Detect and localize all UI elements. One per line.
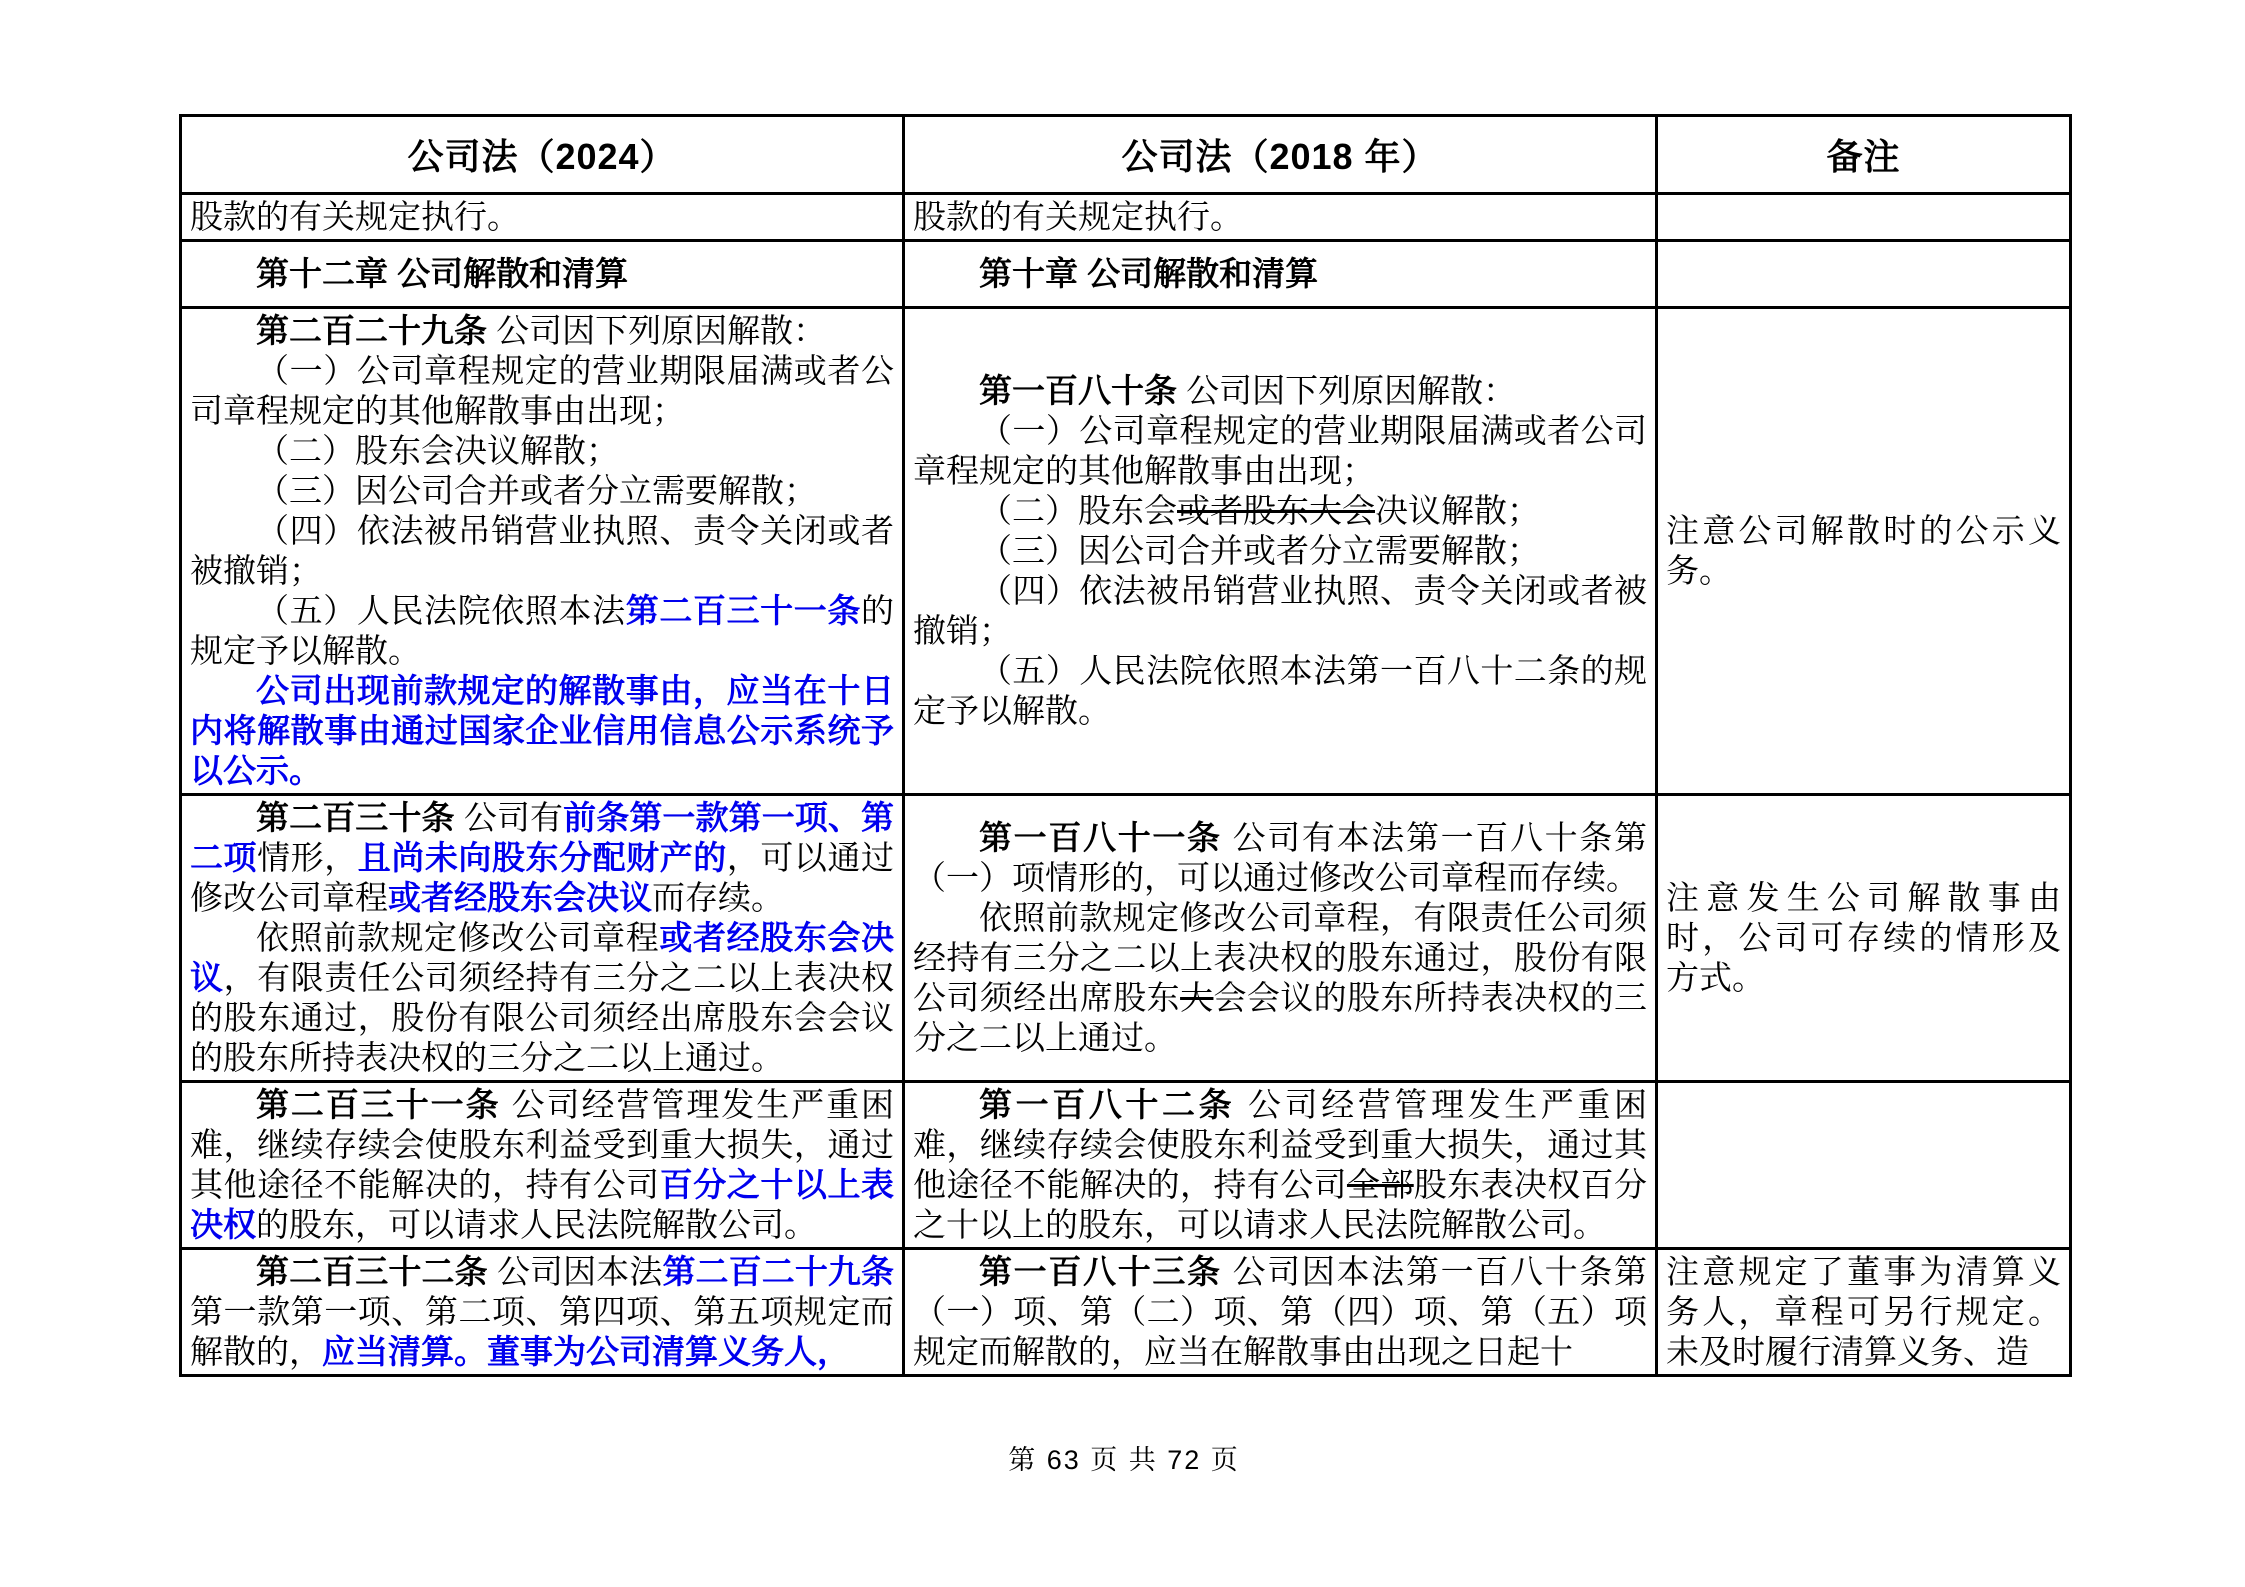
- paragraph: （四）依法被吊销营业执照、责令关闭或者被撤销；: [190, 511, 894, 591]
- article-number: 第一百八十二条: [979, 1086, 1235, 1123]
- article-number: 第一百八十一条: [979, 819, 1222, 856]
- cell-remark: 注意公司解散时的公示义务。: [1657, 308, 2071, 795]
- text-segment: 情形，: [257, 839, 358, 876]
- text-segment: （三）因公司合并或者分立需要解散；: [979, 532, 1540, 569]
- cell-remark: [1657, 194, 2071, 241]
- added-text: 第二百三十一条: [626, 592, 861, 629]
- document-page: 公司法（2024） 公司法（2018 年） 备注 股款的有关规定执行。股款的有关…: [0, 0, 2245, 1587]
- deleted-text: 全部: [1347, 1166, 1414, 1203]
- text-segment: （一）公司章程规定的营业期限届满或者公司章程规定的其他解散事由出现；: [913, 412, 1647, 489]
- comparison-table-body: 股款的有关规定执行。股款的有关规定执行。第十二章 公司解散和清算第十章 公司解散…: [181, 194, 2071, 1376]
- added-text: 第二百二十九条: [662, 1253, 894, 1290]
- paragraph: 第二百二十九条 公司因下列原因解散：: [190, 311, 894, 351]
- paragraph: 依照前款规定修改公司章程，有限责任公司须经持有三分之二以上表决权的股东通过，股份…: [913, 898, 1647, 1058]
- cell-law-2018: 第十章 公司解散和清算: [904, 241, 1657, 308]
- header-law-2024: 公司法（2024）: [181, 116, 904, 194]
- added-text: 且尚未向股东分配财产的: [358, 839, 727, 876]
- text-segment: 依照前款规定修改公司章程: [256, 919, 659, 956]
- text-segment: （一）公司章程规定的营业期限届满或者公司章程规定的其他解散事由出现；: [190, 352, 894, 429]
- paragraph: （一）公司章程规定的营业期限届满或者公司章程规定的其他解散事由出现；: [190, 351, 894, 431]
- chapter-title: 第十章 公司解散和清算: [979, 255, 1318, 292]
- table-row: 第二百三十条 公司有前条第一款第一项、第二项情形，且尚未向股东分配财产的，可以通…: [181, 795, 2071, 1082]
- cell-law-2018: 股款的有关规定执行。: [904, 194, 1657, 241]
- paragraph: 第一百八十条 公司因下列原因解散：: [913, 371, 1647, 411]
- article-number: 第二百三十条: [256, 799, 455, 836]
- paragraph: 第一百八十三条 公司因本法第一百八十条第（一）项、第（二）项、第（四）项、第（五…: [913, 1252, 1647, 1372]
- cell-law-2018: 第一百八十一条 公司有本法第一百八十条第（一）项情形的，可以通过修改公司章程而存…: [904, 795, 1657, 1082]
- text-segment: ，有限责任公司须经持有三分之二以上表决权的股东通过，股份有限公司须经出席股东会会…: [190, 959, 894, 1076]
- chapter-title: 第十二章 公司解散和清算: [256, 255, 628, 292]
- deleted-text: 或者股东大会: [1177, 492, 1375, 529]
- text-segment: 公司因下列原因解散：: [487, 312, 826, 349]
- paragraph: 注意发生公司解散事由时，公司可存续的情形及方式。: [1666, 878, 2061, 998]
- law-comparison-table: 公司法（2024） 公司法（2018 年） 备注 股款的有关规定执行。股款的有关…: [179, 114, 2072, 1377]
- added-text: 应当清算。董事为公司清算义务人，: [322, 1333, 850, 1370]
- cell-law-2018: 第一百八十二条 公司经营管理发生严重困难，继续存续会使股东利益受到重大损失，通过…: [904, 1082, 1657, 1249]
- cell-remark: 注意规定了董事为清算义务人，章程可另行规定。未及时履行清算义务、造: [1657, 1249, 2071, 1376]
- article-number: 第二百三十二条: [256, 1253, 488, 1290]
- paragraph: 第一百八十二条 公司经营管理发生严重困难，继续存续会使股东利益受到重大损失，通过…: [913, 1085, 1647, 1245]
- paragraph: （五）人民法院依照本法第一百八十二条的规定予以解散。: [913, 651, 1647, 731]
- header-remarks: 备注: [1657, 116, 2071, 194]
- paragraph: （四）依法被吊销营业执照、责令关闭或者被撤销；: [913, 571, 1647, 651]
- text-segment: 股款的有关规定执行。: [190, 198, 520, 235]
- table-row: 第二百三十一条 公司经营管理发生严重困难，继续存续会使股东利益受到重大损失，通过…: [181, 1082, 2071, 1249]
- deleted-text: 大: [1180, 979, 1213, 1016]
- paragraph: （二）股东会或者股东大会决议解散；: [913, 491, 1647, 531]
- text-segment: 股款的有关规定执行。: [913, 198, 1243, 235]
- cell-remark: 注意发生公司解散事由时，公司可存续的情形及方式。: [1657, 795, 2071, 1082]
- text-segment: （四）依法被吊销营业执照、责令关闭或者被撤销；: [913, 572, 1647, 649]
- text-segment: 的股东，可以请求人民法院解散公司。: [256, 1206, 817, 1243]
- paragraph: 第一百八十一条 公司有本法第一百八十条第（一）项情形的，可以通过修改公司章程而存…: [913, 818, 1647, 898]
- text-segment: （五）人民法院依照本法第一百八十二条的规定予以解散。: [913, 652, 1647, 729]
- paragraph: 公司出现前款规定的解散事由，应当在十日内将解散事由通过国家企业信用信息公示系统予…: [190, 671, 894, 791]
- paragraph: （二）股东会决议解散；: [190, 431, 894, 471]
- cell-law-2024: 第二百三十一条 公司经营管理发生严重困难，继续存续会使股东利益受到重大损失，通过…: [181, 1082, 904, 1249]
- cell-law-2024: 第二百二十九条 公司因下列原因解散：（一）公司章程规定的营业期限届满或者公司章程…: [181, 308, 904, 795]
- paragraph: （一）公司章程规定的营业期限届满或者公司章程规定的其他解散事由出现；: [913, 411, 1647, 491]
- text-segment: （五）人民法院依照本法: [256, 592, 626, 629]
- article-number: 第一百八十三条: [979, 1253, 1222, 1290]
- paragraph: 股款的有关规定执行。: [190, 197, 894, 237]
- text-segment: 注意发生公司解散事由时，公司可存续的情形及方式。: [1666, 879, 2061, 996]
- paragraph: 第二百三十条 公司有前条第一款第一项、第二项情形，且尚未向股东分配财产的，可以通…: [190, 798, 894, 918]
- text-segment: （三）因公司合并或者分立需要解散；: [256, 472, 817, 509]
- paragraph: （三）因公司合并或者分立需要解散；: [190, 471, 894, 511]
- added-text: 公司出现前款规定的解散事由，应当在十日内将解散事由通过国家企业信用信息公示系统予…: [190, 672, 894, 789]
- text-segment: 公司因本法: [488, 1253, 663, 1290]
- cell-remark: [1657, 241, 2071, 308]
- text-segment: 决议解散；: [1375, 492, 1540, 529]
- header-law-2018: 公司法（2018 年）: [904, 116, 1657, 194]
- header-row: 公司法（2024） 公司法（2018 年） 备注: [181, 116, 2071, 194]
- cell-law-2024: 第二百三十条 公司有前条第一款第一项、第二项情形，且尚未向股东分配财产的，可以通…: [181, 795, 904, 1082]
- page-number-footer: 第 63 页 共 72 页: [179, 1438, 2069, 1477]
- article-number: 第一百八十条: [979, 372, 1177, 409]
- text-segment: 公司因下列原因解散：: [1177, 372, 1516, 409]
- paragraph: 股款的有关规定执行。: [913, 197, 1647, 237]
- cell-law-2018: 第一百八十条 公司因下列原因解散：（一）公司章程规定的营业期限届满或者公司章程规…: [904, 308, 1657, 795]
- text-segment: 公司有: [455, 799, 564, 836]
- table-row: 第十二章 公司解散和清算第十章 公司解散和清算: [181, 241, 2071, 308]
- article-number: 第二百三十一条: [256, 1086, 501, 1123]
- text-segment: （四）依法被吊销营业执照、责令关闭或者被撤销；: [190, 512, 894, 589]
- text-segment: 注意公司解散时的公示义务。: [1666, 512, 2061, 589]
- text-segment: 而存续。: [652, 879, 784, 916]
- text-segment: （二）股东会: [979, 492, 1177, 529]
- chapter-heading: 第十二章 公司解散和清算: [190, 244, 894, 304]
- cell-law-2024: 第十二章 公司解散和清算: [181, 241, 904, 308]
- text-segment: 注意规定了董事为清算义务人，章程可另行规定。未及时履行清算义务、造: [1666, 1253, 2061, 1370]
- table-row: 第二百三十二条 公司因本法第二百二十九条第一款第一项、第二项、第四项、第五项规定…: [181, 1249, 2071, 1376]
- cell-remark: [1657, 1082, 2071, 1249]
- chapter-heading: 第十章 公司解散和清算: [913, 244, 1647, 304]
- table-row: 股款的有关规定执行。股款的有关规定执行。: [181, 194, 2071, 241]
- paragraph: 注意规定了董事为清算义务人，章程可另行规定。未及时履行清算义务、造: [1666, 1252, 2061, 1372]
- paragraph: （五）人民法院依照本法第二百三十一条的规定予以解散。: [190, 591, 894, 671]
- paragraph: 第二百三十一条 公司经营管理发生严重困难，继续存续会使股东利益受到重大损失，通过…: [190, 1085, 894, 1245]
- paragraph: 依照前款规定修改公司章程或者经股东会决议，有限责任公司须经持有三分之二以上表决权…: [190, 918, 894, 1078]
- cell-law-2024: 股款的有关规定执行。: [181, 194, 904, 241]
- added-text: 或者经股东会决议: [388, 879, 652, 916]
- table-row: 第二百二十九条 公司因下列原因解散：（一）公司章程规定的营业期限届满或者公司章程…: [181, 308, 2071, 795]
- paragraph: （三）因公司合并或者分立需要解散；: [913, 531, 1647, 571]
- cell-law-2018: 第一百八十三条 公司因本法第一百八十条第（一）项、第（二）项、第（四）项、第（五…: [904, 1249, 1657, 1376]
- paragraph: 第二百三十二条 公司因本法第二百二十九条第一款第一项、第二项、第四项、第五项规定…: [190, 1252, 894, 1372]
- cell-law-2024: 第二百三十二条 公司因本法第二百二十九条第一款第一项、第二项、第四项、第五项规定…: [181, 1249, 904, 1376]
- article-number: 第二百二十九条: [256, 312, 487, 349]
- text-segment: （二）股东会决议解散；: [256, 432, 619, 469]
- paragraph: 注意公司解散时的公示义务。: [1666, 511, 2061, 591]
